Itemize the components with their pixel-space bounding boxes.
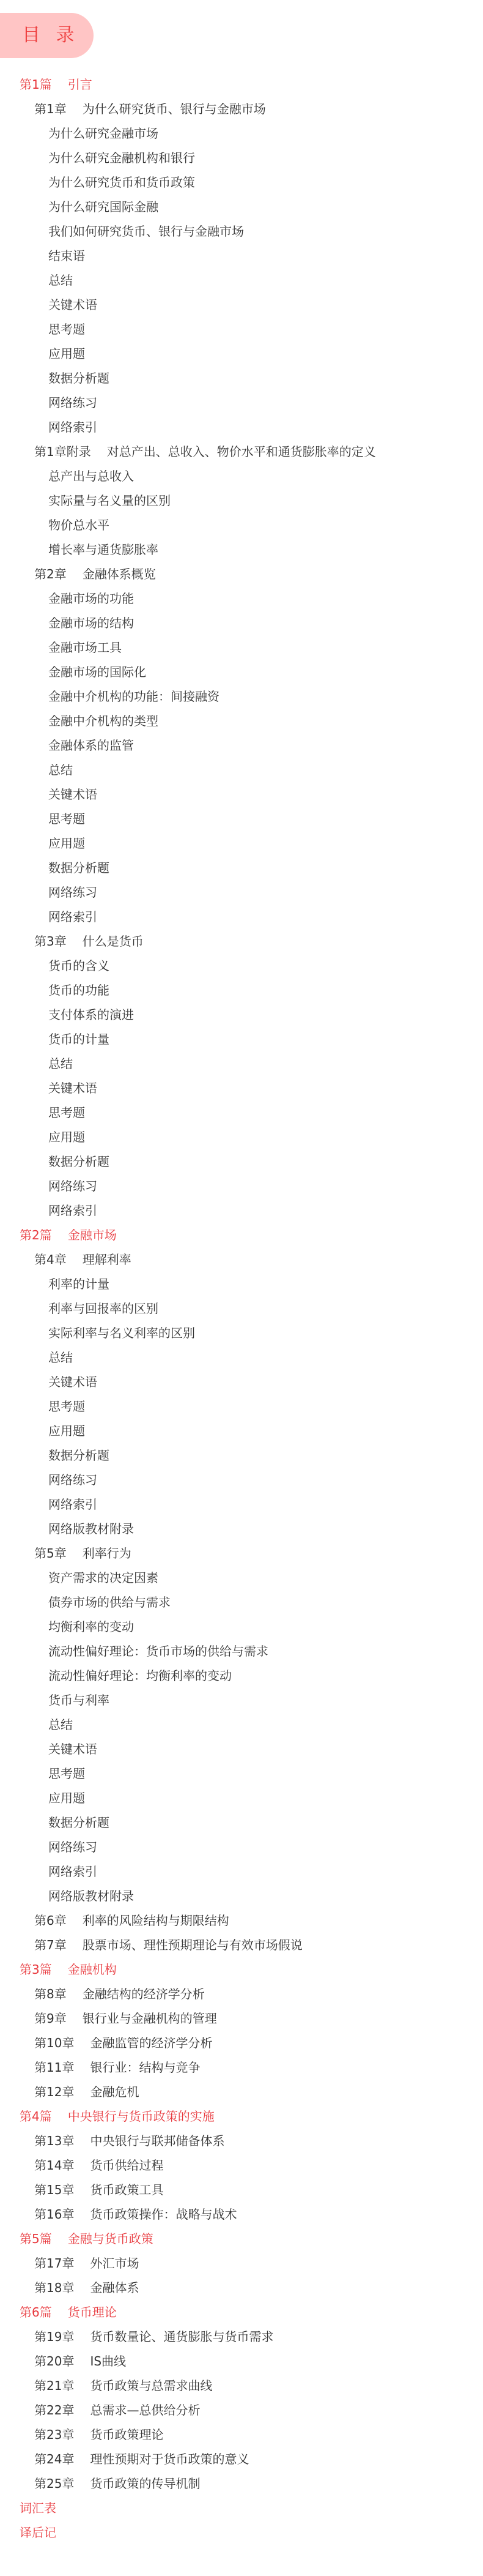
toc-section-link[interactable]: 网络版教材附录 — [0, 1884, 483, 1908]
toc-title: 总结 — [48, 273, 73, 288]
toc-chapter-link[interactable]: 第13章中央银行与联邦储备体系 — [0, 2129, 483, 2153]
toc-title: 网络索引 — [48, 1497, 97, 1512]
toc-section-link[interactable]: 流动性偏好理论：货币市场的供给与需求 — [0, 1639, 483, 1663]
toc-title: 金融市场的国际化 — [48, 665, 146, 679]
toc-title: 网络索引 — [48, 1864, 97, 1879]
toc-title: 利率的计量 — [48, 1277, 109, 1291]
toc-title: 实际量与名义量的区别 — [48, 493, 171, 508]
toc-title: 流动性偏好理论：均衡利率的变动 — [48, 1668, 232, 1683]
toc-chapter-link[interactable]: 第12章金融危机 — [0, 2080, 483, 2104]
toc-title: 股票市场、理性预期理论与有效市场假说 — [83, 1938, 303, 1952]
toc-section-link[interactable]: 实际利率与名义利率的区别 — [0, 1321, 483, 1345]
toc-section-link[interactable]: 结束语 — [0, 244, 483, 268]
toc-section-link[interactable]: 为什么研究金融市场 — [0, 121, 483, 146]
toc-section-link[interactable]: 关键术语 — [0, 293, 483, 317]
toc-title: 均衡利率的变动 — [48, 1619, 134, 1634]
toc-title: 货币的含义 — [48, 958, 109, 973]
toc-section-link[interactable]: 关键术语 — [0, 782, 483, 807]
toc-chapter-link[interactable]: 第9章银行业与金融机构的管理 — [0, 2006, 483, 2031]
toc-title: 货币供给过程 — [90, 2158, 163, 2173]
toc-title: 为什么研究货币和货币政策 — [48, 175, 195, 190]
toc-number: 第10章 — [34, 2031, 74, 2055]
toc-section-link[interactable]: 网络练习 — [0, 1468, 483, 1492]
toc-title: 理性预期对于货币政策的意义 — [90, 2452, 249, 2466]
toc-title: 金融体系 — [90, 2280, 139, 2295]
toc-title: 金融体系概览 — [83, 567, 156, 581]
toc-section-link[interactable]: 关键术语 — [0, 1370, 483, 1394]
toc-title: 数据分析题 — [48, 1448, 109, 1463]
toc-section-link[interactable]: 应用题 — [0, 1125, 483, 1149]
toc-title: 总结 — [48, 763, 73, 777]
toc-chapter-link[interactable]: 第1章附录对总产出、总收入、物价水平和通货膨胀率的定义 — [0, 439, 483, 464]
toc-title: 关键术语 — [48, 1375, 97, 1389]
toc-chapter-link[interactable]: 第16章货币政策操作：战略与战术 — [0, 2202, 483, 2227]
toc-number: 第16章 — [34, 2202, 74, 2227]
toc-title: 金融市场的功能 — [48, 591, 134, 606]
toc-section-link[interactable]: 债券市场的供给与需求 — [0, 1590, 483, 1615]
toc-title: 中央银行与货币政策的实施 — [68, 2109, 215, 2124]
toc-title: 理解利率 — [83, 1252, 131, 1267]
toc-chapter-link[interactable]: 第8章金融结构的经济学分析 — [0, 1982, 483, 2006]
toc-header: 目 录 — [0, 13, 94, 58]
toc-title: 思考题 — [48, 812, 85, 826]
toc-section-link[interactable]: 金融市场的国际化 — [0, 660, 483, 684]
toc-title: 货币政策操作：战略与战术 — [90, 2207, 237, 2222]
toc-section-link[interactable]: 总结 — [0, 1712, 483, 1737]
toc-number: 第1章附录 — [34, 439, 91, 464]
toc-title: 应用题 — [48, 346, 85, 361]
toc-title: 流动性偏好理论：货币市场的供给与需求 — [48, 1644, 268, 1659]
toc-section-link[interactable]: 为什么研究金融机构和银行 — [0, 146, 483, 170]
toc-chapter-link[interactable]: 第19章货币数量论、通货膨胀与货币需求 — [0, 2324, 483, 2349]
toc-title: 译后记 — [20, 2525, 56, 2540]
toc-title: 关键术语 — [48, 297, 97, 312]
toc-title: 债券市场的供给与需求 — [48, 1595, 171, 1610]
toc-section-link[interactable]: 关键术语 — [0, 1076, 483, 1100]
toc-section-link[interactable]: 实际量与名义量的区别 — [0, 488, 483, 513]
toc-title: 金融危机 — [90, 2085, 139, 2099]
toc-title: IS曲线 — [90, 2354, 126, 2369]
toc-section-link[interactable]: 数据分析题 — [0, 366, 483, 390]
toc-section-link[interactable]: 货币的含义 — [0, 954, 483, 978]
toc-title: 总结 — [48, 1350, 73, 1365]
toc-title: 为什么研究金融机构和银行 — [48, 151, 195, 165]
toc-section-link[interactable]: 思考题 — [0, 1761, 483, 1786]
toc-section-link[interactable]: 利率与回报率的区别 — [0, 1296, 483, 1321]
toc-title: 什么是货币 — [83, 934, 144, 949]
toc-number: 第22章 — [34, 2398, 74, 2422]
toc-section-link[interactable]: 总结 — [0, 1051, 483, 1076]
toc-chapter-link[interactable]: 第5章利率行为 — [0, 1541, 483, 1566]
toc-title: 应用题 — [48, 1130, 85, 1144]
toc-section-link[interactable]: 应用题 — [0, 831, 483, 856]
toc-title: 应用题 — [48, 1424, 85, 1438]
toc-title: 金融市场 — [68, 1228, 117, 1242]
toc-section-link[interactable]: 金融市场工具 — [0, 635, 483, 660]
toc-section-link[interactable]: 货币与利率 — [0, 1688, 483, 1712]
toc-number: 第14章 — [34, 2153, 74, 2178]
toc-title: 思考题 — [48, 1105, 85, 1120]
toc-number: 第3章 — [34, 929, 67, 954]
toc-title: 为什么研究货币、银行与金融市场 — [83, 102, 266, 116]
toc-title: 金融中介机构的功能：间接融资 — [48, 689, 219, 704]
toc-title: 金融市场的结构 — [48, 616, 134, 630]
toc-section-link[interactable]: 思考题 — [0, 317, 483, 342]
toc-title: 货币政策的传导机制 — [90, 2476, 200, 2491]
toc-title: 网络索引 — [48, 1203, 97, 1218]
toc-part-link[interactable]: 第6篇货币理论 — [0, 2300, 483, 2324]
toc-section-link[interactable]: 金融市场的结构 — [0, 611, 483, 635]
toc-section-link[interactable]: 思考题 — [0, 1100, 483, 1125]
toc-title: 思考题 — [48, 1766, 85, 1781]
toc-title: 思考题 — [48, 1399, 85, 1414]
toc-part-link[interactable]: 译后记 — [0, 2520, 483, 2545]
toc-section-link[interactable]: 应用题 — [0, 342, 483, 366]
toc-number: 第4章 — [34, 1247, 67, 1272]
toc-title: 金融中介机构的类型 — [48, 714, 158, 728]
toc-title: 词汇表 — [20, 2501, 56, 2515]
toc-title: 网络版教材附录 — [48, 1521, 134, 1536]
toc-title: 金融监管的经济学分析 — [90, 2036, 212, 2050]
toc-section-link[interactable]: 总结 — [0, 1345, 483, 1370]
toc-number: 第24章 — [34, 2447, 74, 2471]
toc-title: 对总产出、总收入、物价水平和通货膨胀率的定义 — [107, 444, 376, 459]
toc-title: 货币与利率 — [48, 1693, 109, 1708]
toc-section-link[interactable]: 金融中介机构的类型 — [0, 709, 483, 733]
toc-title: 我们如何研究货币、银行与金融市场 — [48, 224, 244, 239]
toc-section-link[interactable]: 数据分析题 — [0, 1443, 483, 1468]
toc-chapter-link[interactable]: 第2章金融体系概览 — [0, 562, 483, 586]
toc-chapter-link[interactable]: 第14章货币供给过程 — [0, 2153, 483, 2178]
toc-number: 第5篇 — [20, 2227, 52, 2251]
toc-section-link[interactable]: 货币的计量 — [0, 1027, 483, 1051]
toc-chapter-link[interactable]: 第3章什么是货币 — [0, 929, 483, 954]
toc-part-link[interactable]: 第4篇中央银行与货币政策的实施 — [0, 2104, 483, 2129]
toc-title: 网络索引 — [48, 420, 97, 435]
toc-section-link[interactable]: 思考题 — [0, 1394, 483, 1419]
toc-title: 金融市场工具 — [48, 640, 122, 655]
toc-section-link[interactable]: 应用题 — [0, 1786, 483, 1810]
toc-title: 总产出与总收入 — [48, 469, 134, 483]
toc-number: 第11章 — [34, 2055, 74, 2080]
toc-section-link[interactable]: 网络索引 — [0, 905, 483, 929]
toc-title: 为什么研究国际金融 — [48, 200, 158, 214]
toc-title: 银行业与金融机构的管理 — [83, 2011, 217, 2026]
page-title: 目 录 — [22, 26, 79, 45]
toc-number: 第1章 — [34, 97, 67, 121]
toc-title: 实际利率与名义利率的区别 — [48, 1326, 195, 1340]
toc-title: 思考题 — [48, 322, 85, 337]
toc-section-link[interactable]: 网络索引 — [0, 415, 483, 439]
toc-title: 货币的计量 — [48, 1032, 109, 1047]
toc-title: 货币理论 — [68, 2305, 117, 2320]
toc-title: 数据分析题 — [48, 861, 109, 875]
toc-title: 支付体系的演进 — [48, 1007, 134, 1022]
toc-section-link[interactable]: 我们如何研究货币、银行与金融市场 — [0, 219, 483, 244]
toc-title: 金融与货币政策 — [68, 2231, 153, 2246]
toc-title: 货币政策工具 — [90, 2182, 163, 2197]
toc-title: 银行业：结构与竞争 — [90, 2060, 200, 2075]
toc-title: 金融体系的监管 — [48, 738, 134, 753]
toc-title: 数据分析题 — [48, 1154, 109, 1169]
toc-section-link[interactable]: 网络练习 — [0, 1174, 483, 1198]
toc-section-link[interactable]: 网络版教材附录 — [0, 1517, 483, 1541]
toc-title: 数据分析题 — [48, 371, 109, 386]
toc-title: 增长率与通货膨胀率 — [48, 542, 158, 557]
toc-section-link[interactable]: 金融中介机构的功能：间接融资 — [0, 684, 483, 709]
toc-title: 应用题 — [48, 836, 85, 851]
toc-number: 第13章 — [34, 2129, 74, 2153]
toc-chapter-link[interactable]: 第24章理性预期对于货币政策的意义 — [0, 2447, 483, 2471]
toc-chapter-link[interactable]: 第11章银行业：结构与竞争 — [0, 2055, 483, 2080]
toc-title: 物价总水平 — [48, 518, 109, 532]
toc-chapter-link[interactable]: 第25章货币政策的传导机制 — [0, 2471, 483, 2496]
toc-chapter-link[interactable]: 第6章利率的风险结构与期限结构 — [0, 1908, 483, 1933]
toc-title: 外汇市场 — [90, 2256, 139, 2271]
toc-number: 第9章 — [34, 2006, 67, 2031]
toc-section-link[interactable]: 总结 — [0, 268, 483, 293]
toc-section-link[interactable]: 网络索引 — [0, 1198, 483, 1223]
toc-section-link[interactable]: 数据分析题 — [0, 1149, 483, 1174]
toc-title: 利率与回报率的区别 — [48, 1301, 158, 1316]
toc-section-link[interactable]: 资产需求的决定因素 — [0, 1566, 483, 1590]
toc-section-link[interactable]: 为什么研究货币和货币政策 — [0, 170, 483, 195]
toc-section-link[interactable]: 金融体系的监管 — [0, 733, 483, 758]
toc-section-link[interactable]: 物价总水平 — [0, 513, 483, 537]
toc-title: 网络练习 — [48, 395, 97, 410]
toc-title: 利率的风险结构与期限结构 — [83, 1913, 229, 1928]
toc-section-link[interactable]: 数据分析题 — [0, 1810, 483, 1835]
toc-number: 第6篇 — [20, 2300, 52, 2324]
toc-title: 结束语 — [48, 248, 85, 263]
toc-section-link[interactable]: 流动性偏好理论：均衡利率的变动 — [0, 1663, 483, 1688]
toc-number: 第20章 — [34, 2349, 74, 2373]
toc-title: 总结 — [48, 1056, 73, 1071]
toc-section-link[interactable]: 关键术语 — [0, 1737, 483, 1761]
toc-title: 数据分析题 — [48, 1815, 109, 1830]
toc-number: 第17章 — [34, 2251, 74, 2275]
toc-section-link[interactable]: 利率的计量 — [0, 1272, 483, 1296]
toc-title: 货币的功能 — [48, 983, 109, 998]
toc-section-link[interactable]: 支付体系的演进 — [0, 1002, 483, 1027]
toc-section-link[interactable]: 网络索引 — [0, 1859, 483, 1884]
toc-title: 总结 — [48, 1717, 73, 1732]
toc-section-link[interactable]: 应用题 — [0, 1419, 483, 1443]
toc-chapter-link[interactable]: 第17章外汇市场 — [0, 2251, 483, 2275]
toc-section-link[interactable]: 网络练习 — [0, 1835, 483, 1859]
toc-title: 关键术语 — [48, 787, 97, 802]
toc-number: 第7章 — [34, 1933, 67, 1957]
toc-section-link[interactable]: 均衡利率的变动 — [0, 1615, 483, 1639]
toc-section-link[interactable]: 增长率与通货膨胀率 — [0, 537, 483, 562]
toc-title: 网络练习 — [48, 1840, 97, 1854]
toc-chapter-link[interactable]: 第21章货币政策与总需求曲线 — [0, 2373, 483, 2398]
toc-title: 网络版教材附录 — [48, 1889, 134, 1903]
toc-title: 货币数量论、通货膨胀与货币需求 — [90, 2329, 273, 2344]
toc-title: 网络练习 — [48, 1179, 97, 1193]
toc-number: 第12章 — [34, 2080, 74, 2104]
toc-title: 利率行为 — [83, 1546, 131, 1561]
toc-title: 货币政策与总需求曲线 — [90, 2378, 212, 2393]
toc-number: 第1篇 — [20, 72, 52, 97]
toc-chapter-link[interactable]: 第10章金融监管的经济学分析 — [0, 2031, 483, 2055]
toc-title: 应用题 — [48, 1791, 85, 1805]
toc-title: 关键术语 — [48, 1742, 97, 1757]
toc-number: 第21章 — [34, 2373, 74, 2398]
toc-section-link[interactable]: 网络练习 — [0, 880, 483, 905]
toc-number: 第5章 — [34, 1541, 67, 1566]
toc-title: 引言 — [68, 77, 92, 92]
toc-section-link[interactable]: 总结 — [0, 758, 483, 782]
toc-part-link[interactable]: 第1篇引言 — [0, 72, 483, 97]
toc-title: 为什么研究金融市场 — [48, 126, 158, 141]
toc-chapter-link[interactable]: 第22章总需求—总供给分析 — [0, 2398, 483, 2422]
toc-part-link[interactable]: 词汇表 — [0, 2496, 483, 2520]
toc-section-link[interactable]: 思考题 — [0, 807, 483, 831]
toc-number: 第19章 — [34, 2324, 74, 2349]
toc-number: 第18章 — [34, 2275, 74, 2300]
toc-number: 第4篇 — [20, 2104, 52, 2129]
toc-number: 第2篇 — [20, 1223, 52, 1247]
toc-number: 第8章 — [34, 1982, 67, 2006]
toc-part-link[interactable]: 第2篇金融市场 — [0, 1223, 483, 1247]
toc-title: 金融结构的经济学分析 — [83, 1987, 205, 2001]
toc-number: 第2章 — [34, 562, 67, 586]
toc-number: 第25章 — [34, 2471, 74, 2496]
toc-title: 中央银行与联邦储备体系 — [90, 2134, 224, 2148]
toc-title: 关键术语 — [48, 1081, 97, 1096]
toc-number: 第15章 — [34, 2178, 74, 2202]
toc-title: 总需求—总供给分析 — [90, 2403, 200, 2417]
table-of-contents: 第1篇引言第1章为什么研究货币、银行与金融市场为什么研究金融市场为什么研究金融机… — [0, 72, 483, 2545]
toc-number: 第6章 — [34, 1908, 67, 1933]
toc-title: 资产需求的决定因素 — [48, 1570, 158, 1585]
toc-chapter-link[interactable]: 第4章理解利率 — [0, 1247, 483, 1272]
toc-section-link[interactable]: 货币的功能 — [0, 978, 483, 1002]
toc-chapter-link[interactable]: 第20章IS曲线 — [0, 2349, 483, 2373]
toc-chapter-link[interactable]: 第23章货币政策理论 — [0, 2422, 483, 2447]
toc-part-link[interactable]: 第3篇金融机构 — [0, 1957, 483, 1982]
toc-title: 金融机构 — [68, 1962, 117, 1977]
toc-chapter-link[interactable]: 第18章金融体系 — [0, 2275, 483, 2300]
toc-chapter-link[interactable]: 第15章货币政策工具 — [0, 2178, 483, 2202]
toc-part-link[interactable]: 第5篇金融与货币政策 — [0, 2227, 483, 2251]
toc-section-link[interactable]: 网络练习 — [0, 390, 483, 415]
toc-chapter-link[interactable]: 第1章为什么研究货币、银行与金融市场 — [0, 97, 483, 121]
toc-title: 网络索引 — [48, 909, 97, 924]
toc-section-link[interactable]: 数据分析题 — [0, 856, 483, 880]
toc-title: 网络练习 — [48, 885, 97, 900]
toc-section-link[interactable]: 为什么研究国际金融 — [0, 195, 483, 219]
toc-chapter-link[interactable]: 第7章股票市场、理性预期理论与有效市场假说 — [0, 1933, 483, 1957]
toc-title: 货币政策理论 — [90, 2427, 163, 2442]
toc-number: 第3篇 — [20, 1957, 52, 1982]
toc-section-link[interactable]: 总产出与总收入 — [0, 464, 483, 488]
toc-section-link[interactable]: 金融市场的功能 — [0, 586, 483, 611]
toc-number: 第23章 — [34, 2422, 74, 2447]
toc-title: 网络练习 — [48, 1473, 97, 1487]
toc-section-link[interactable]: 网络索引 — [0, 1492, 483, 1517]
